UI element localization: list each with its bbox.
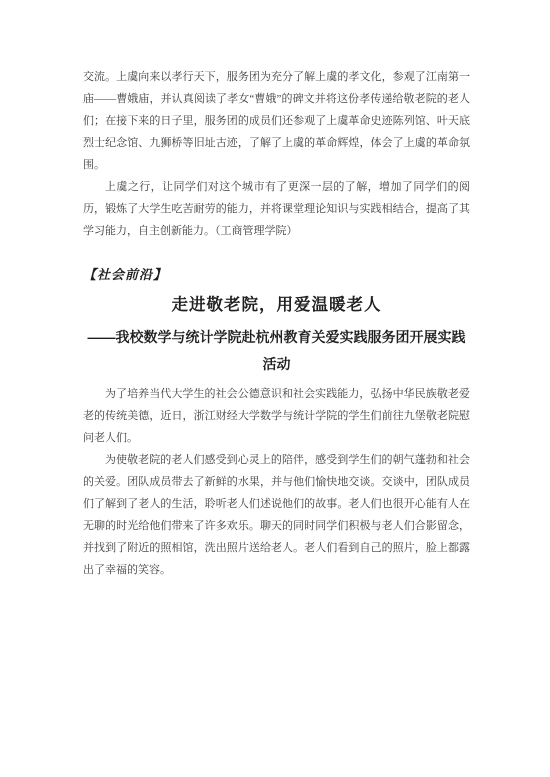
article-paragraph-body: 为使敬老院的老人们感受到心灵上的陪伴，感受到学生们的朝气蓬勃和社会的关爱。团队成…: [83, 449, 470, 581]
section-label: 【社会前沿】: [83, 266, 470, 284]
article-title: 走进敬老院，用爱温暖老人: [83, 292, 470, 318]
paragraph-continuation: 交流。上虞向来以孝行天下，服务团为充分了解上虞的孝文化，参观了江南第一庙——曹娥…: [83, 66, 470, 176]
paragraph-summary: 上虞之行，让同学们对这个城市有了更深一层的了解，增加了同学们的阅历，锻炼了大学生…: [83, 176, 470, 242]
article-paragraph-intro: 为了培养当代大学生的社会公德意识和社会实践能力，弘扬中华民族敬老爱老的传统美德，…: [83, 383, 470, 449]
page-content: 交流。上虞向来以孝行天下，服务团为充分了解上虞的孝文化，参观了江南第一庙——曹娥…: [83, 66, 470, 581]
article-subtitle: ——我校数学与统计学院赴杭州教育关爱实践服务团开展实践活动: [83, 324, 470, 378]
document-page: 交流。上虞向来以孝行天下，服务团为充分了解上虞的孝文化，参观了江南第一庙——曹娥…: [0, 0, 550, 777]
